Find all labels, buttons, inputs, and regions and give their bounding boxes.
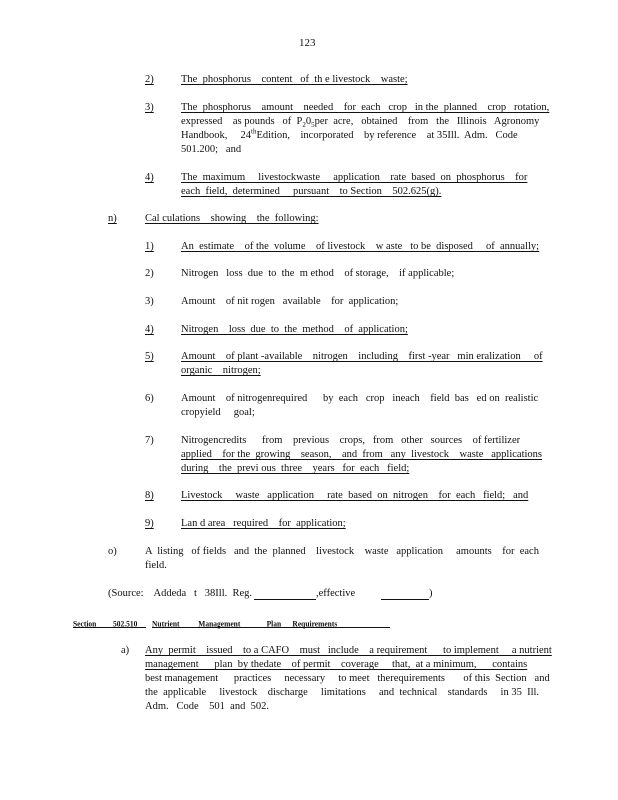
item-text: organic nitrogen; [181,364,261,378]
page-number: 123 [299,36,316,50]
section-number: 502.510 [113,616,137,632]
item-text: management plan by thedate of permit cov… [145,658,527,672]
item-number: 4) [145,171,154,185]
item-text: Any permit issued to a CAFO must include… [145,644,552,658]
source-effective: ,effective [316,587,355,601]
item-text: The phosphorus content of th e livestock… [181,73,408,87]
section-underline [152,627,390,628]
item-number: 7) [145,434,154,448]
source-note: (Source: Addeda t 38Ill. Reg. [108,587,252,601]
text-run: expressed as pounds of P [181,116,302,127]
item-number: 2) [145,267,154,281]
item-label: a) [121,644,129,658]
text-run: per acre, obtained from the Illinois Agr… [315,116,540,127]
item-number: 3) [145,101,154,115]
item-text: An estimate of the volume of livestock w… [181,240,539,254]
item-heading: Cal culations showing the following: [145,212,319,226]
item-text: The phosphorus amount needed for each cr… [181,101,549,115]
item-text: Nitrogencredits from previous crops, fro… [181,434,520,448]
item-text: each field, determined pursuant to Secti… [181,185,441,199]
item-text: applied for the growing season, and from… [181,448,542,462]
item-text: Amount of nitrogenrequired by each crop … [181,392,538,406]
item-number: 5) [145,350,154,364]
item-text: expressed as pounds of P205per acre, obt… [181,115,539,129]
item-number: 2) [145,73,154,87]
item-text: Livestock waste application rate based o… [181,489,528,503]
item-number: 3) [145,295,154,309]
blank-line [381,599,429,600]
item-text: Adm. Code 501 and 502. [145,700,269,714]
item-number: 1) [145,240,154,254]
text-run: Edition, incorporated by reference at 35… [256,130,517,141]
item-text: Amount of plant -available nitrogen incl… [181,350,543,364]
item-number: 4) [145,323,154,337]
item-text: Nitrogen loss due to the method of appli… [181,323,408,337]
item-label: n) [108,212,117,226]
item-text: the applicable livestock discharge limit… [145,686,539,700]
item-text: during the previ ous three years for eac… [181,462,409,476]
item-text: cropyield goal; [181,406,255,420]
item-text: Nitrogen loss due to the m ethod of stor… [181,267,454,281]
section-title: Nutrient Management Plan Requirements [152,616,337,632]
item-text: Lan d area required for application; [181,517,346,531]
blank-line [254,599,316,600]
item-number: 8) [145,489,154,503]
item-text: 501.200; and [181,143,241,157]
item-text: Amount of nit rogen available for applic… [181,295,398,309]
item-text: A listing of fields and the planned live… [145,545,539,559]
item-text: field. [145,559,167,573]
item-number: 6) [145,392,154,406]
item-number: 9) [145,517,154,531]
section-label: Section [73,616,96,632]
item-text: Handbook, 24thEdition, incorporated by r… [181,129,518,143]
item-text: best management practices necessary to m… [145,672,550,686]
item-text: The maximum livestockwaste application r… [181,171,527,185]
item-label: o) [108,545,117,559]
text-run: Handbook, 24 [181,130,251,141]
section-underline [73,627,146,628]
source-close: ) [429,587,433,601]
